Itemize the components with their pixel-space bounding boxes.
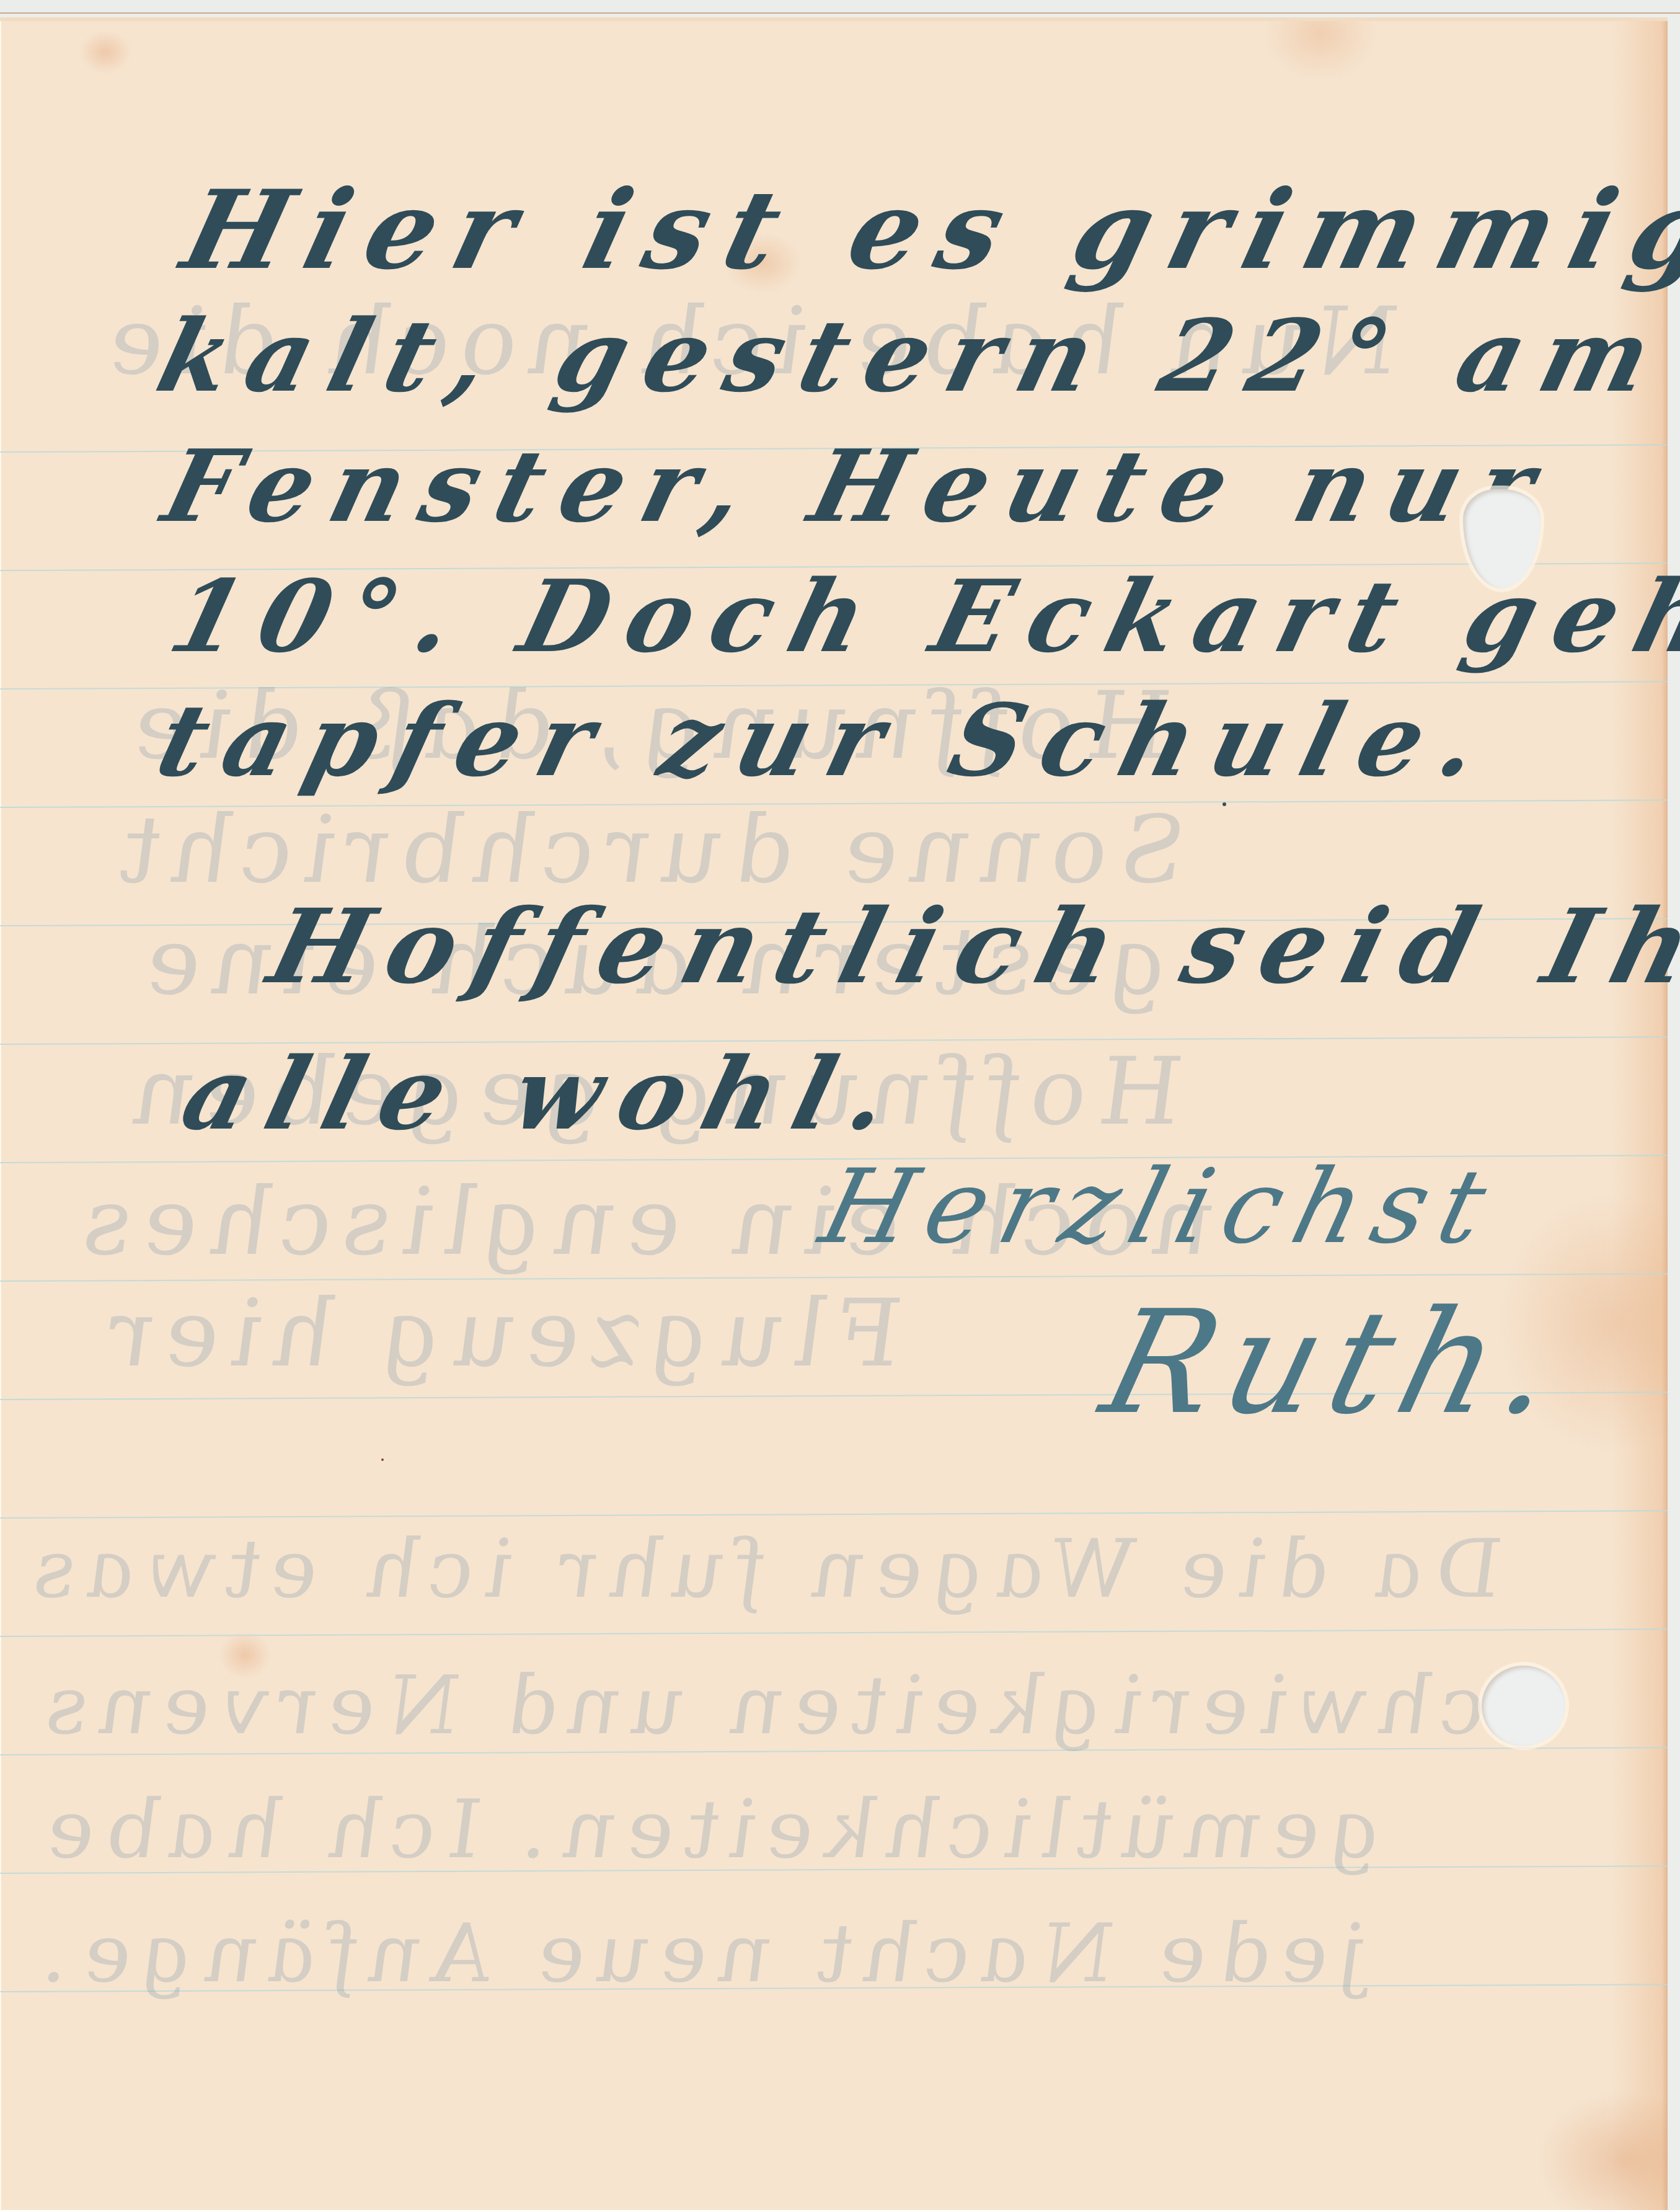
ink-speck <box>1222 802 1226 806</box>
show-through-text: Schwierigkeiten und Nervens <box>22 1658 1568 1752</box>
letter-line-7: alle wohl. <box>174 1044 917 1143</box>
ruled-line <box>0 1628 1668 1637</box>
show-through-text: Da die Wagen fuhr ich etwas <box>9 1522 1516 1616</box>
ink-speck <box>381 1458 384 1461</box>
letter-line-3: Fenster, Heute nur <box>155 437 1562 536</box>
show-through-text: Flugzeug hier <box>82 1280 917 1388</box>
letter-line-5: tapfer zur Schule. <box>149 691 1507 790</box>
letter-line-2: kalt, gestern 22° am <box>149 306 1679 406</box>
letter-signature: Ruth. <box>1091 1292 1582 1435</box>
show-through-text: gemütlichkeiten. Ich habe <box>22 1782 1399 1876</box>
scan-top-edge <box>0 0 1680 14</box>
letter-line-4: 10°. Doch Eckart geht <box>161 567 1680 666</box>
ruled-line <box>0 1510 1668 1519</box>
letter-page: Nun habe ich noch die Hoffnung, daß die … <box>0 17 1668 2210</box>
letter-closing: Herzlichst <box>812 1156 1509 1258</box>
show-through-text: jede Nacht neue Anfänge. <box>22 1906 1381 2000</box>
letter-line-1: Hier ist es grimmig <box>174 176 1680 285</box>
letter-line-6: Hoffentlich seid Ihr <box>260 895 1680 998</box>
punch-hole-bottom <box>1482 1666 1565 1746</box>
